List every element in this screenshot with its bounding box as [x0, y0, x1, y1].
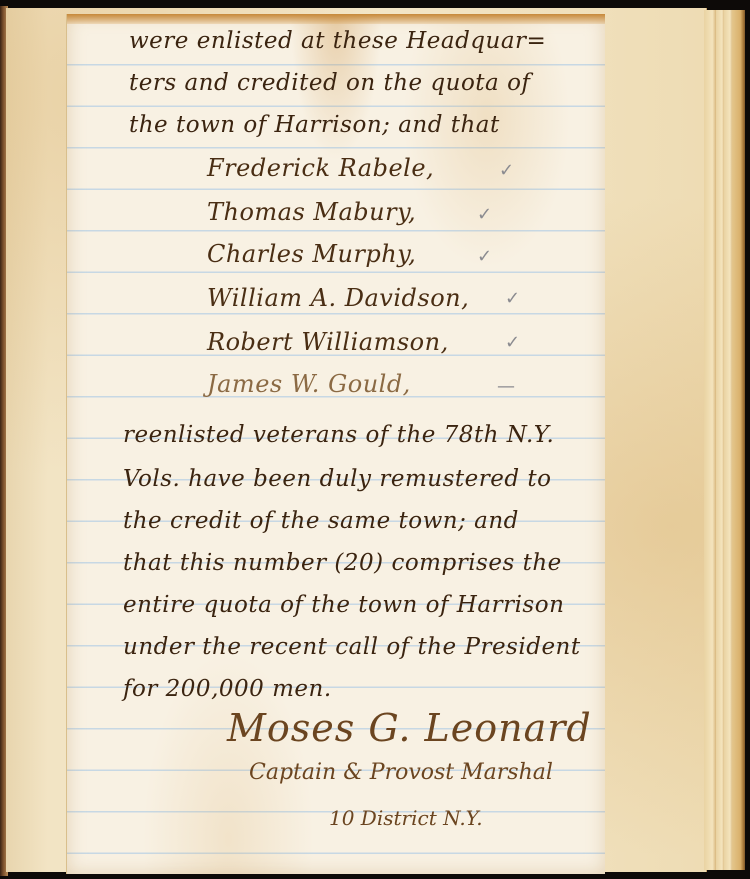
- text-line: the credit of the same town; and: [123, 508, 519, 534]
- signatory-title: Captain & Provost Marshal: [249, 760, 553, 785]
- soldier-name: James W. Gould,: [207, 370, 411, 398]
- check-mark-icon: ✓: [505, 332, 520, 353]
- dash-mark-icon: —: [497, 376, 515, 397]
- soldier-name: Charles Murphy,: [207, 240, 416, 268]
- soldier-name: William A. Davidson,: [207, 284, 469, 312]
- check-mark-icon: ✓: [477, 246, 492, 267]
- text-line: for 200,000 men.: [123, 676, 332, 702]
- ledger-book: were enlisted at these Headquar= ters an…: [0, 6, 748, 876]
- page-edge: [732, 10, 745, 870]
- check-mark-icon: ✓: [499, 160, 514, 181]
- water-stain: [67, 14, 605, 24]
- text-line: under the recent call of the President: [123, 634, 581, 660]
- text-line: that this number (20) comprises the: [123, 550, 562, 576]
- ruled-sheet: were enlisted at these Headquar= ters an…: [66, 14, 605, 874]
- check-mark-icon: ✓: [477, 204, 492, 225]
- soldier-name: Thomas Mabury,: [207, 198, 416, 226]
- signatory-district: 10 District N.Y.: [329, 806, 483, 830]
- check-mark-icon: ✓: [505, 288, 520, 309]
- soldier-name: Frederick Rabele,: [207, 154, 434, 182]
- text-line: entire quota of the town of Harrison: [123, 592, 564, 618]
- text-line: the town of Harrison; and that: [129, 112, 500, 138]
- text-line: were enlisted at these Headquar=: [129, 28, 546, 54]
- soldier-name: Robert Williamson,: [207, 328, 449, 356]
- text-line: ters and credited on the quota of: [129, 70, 530, 96]
- text-line: Vols. have been duly remustered to: [123, 466, 551, 492]
- signature: Moses G. Leonard: [227, 706, 592, 750]
- text-line: reenlisted veterans of the 78th N.Y.: [123, 422, 554, 448]
